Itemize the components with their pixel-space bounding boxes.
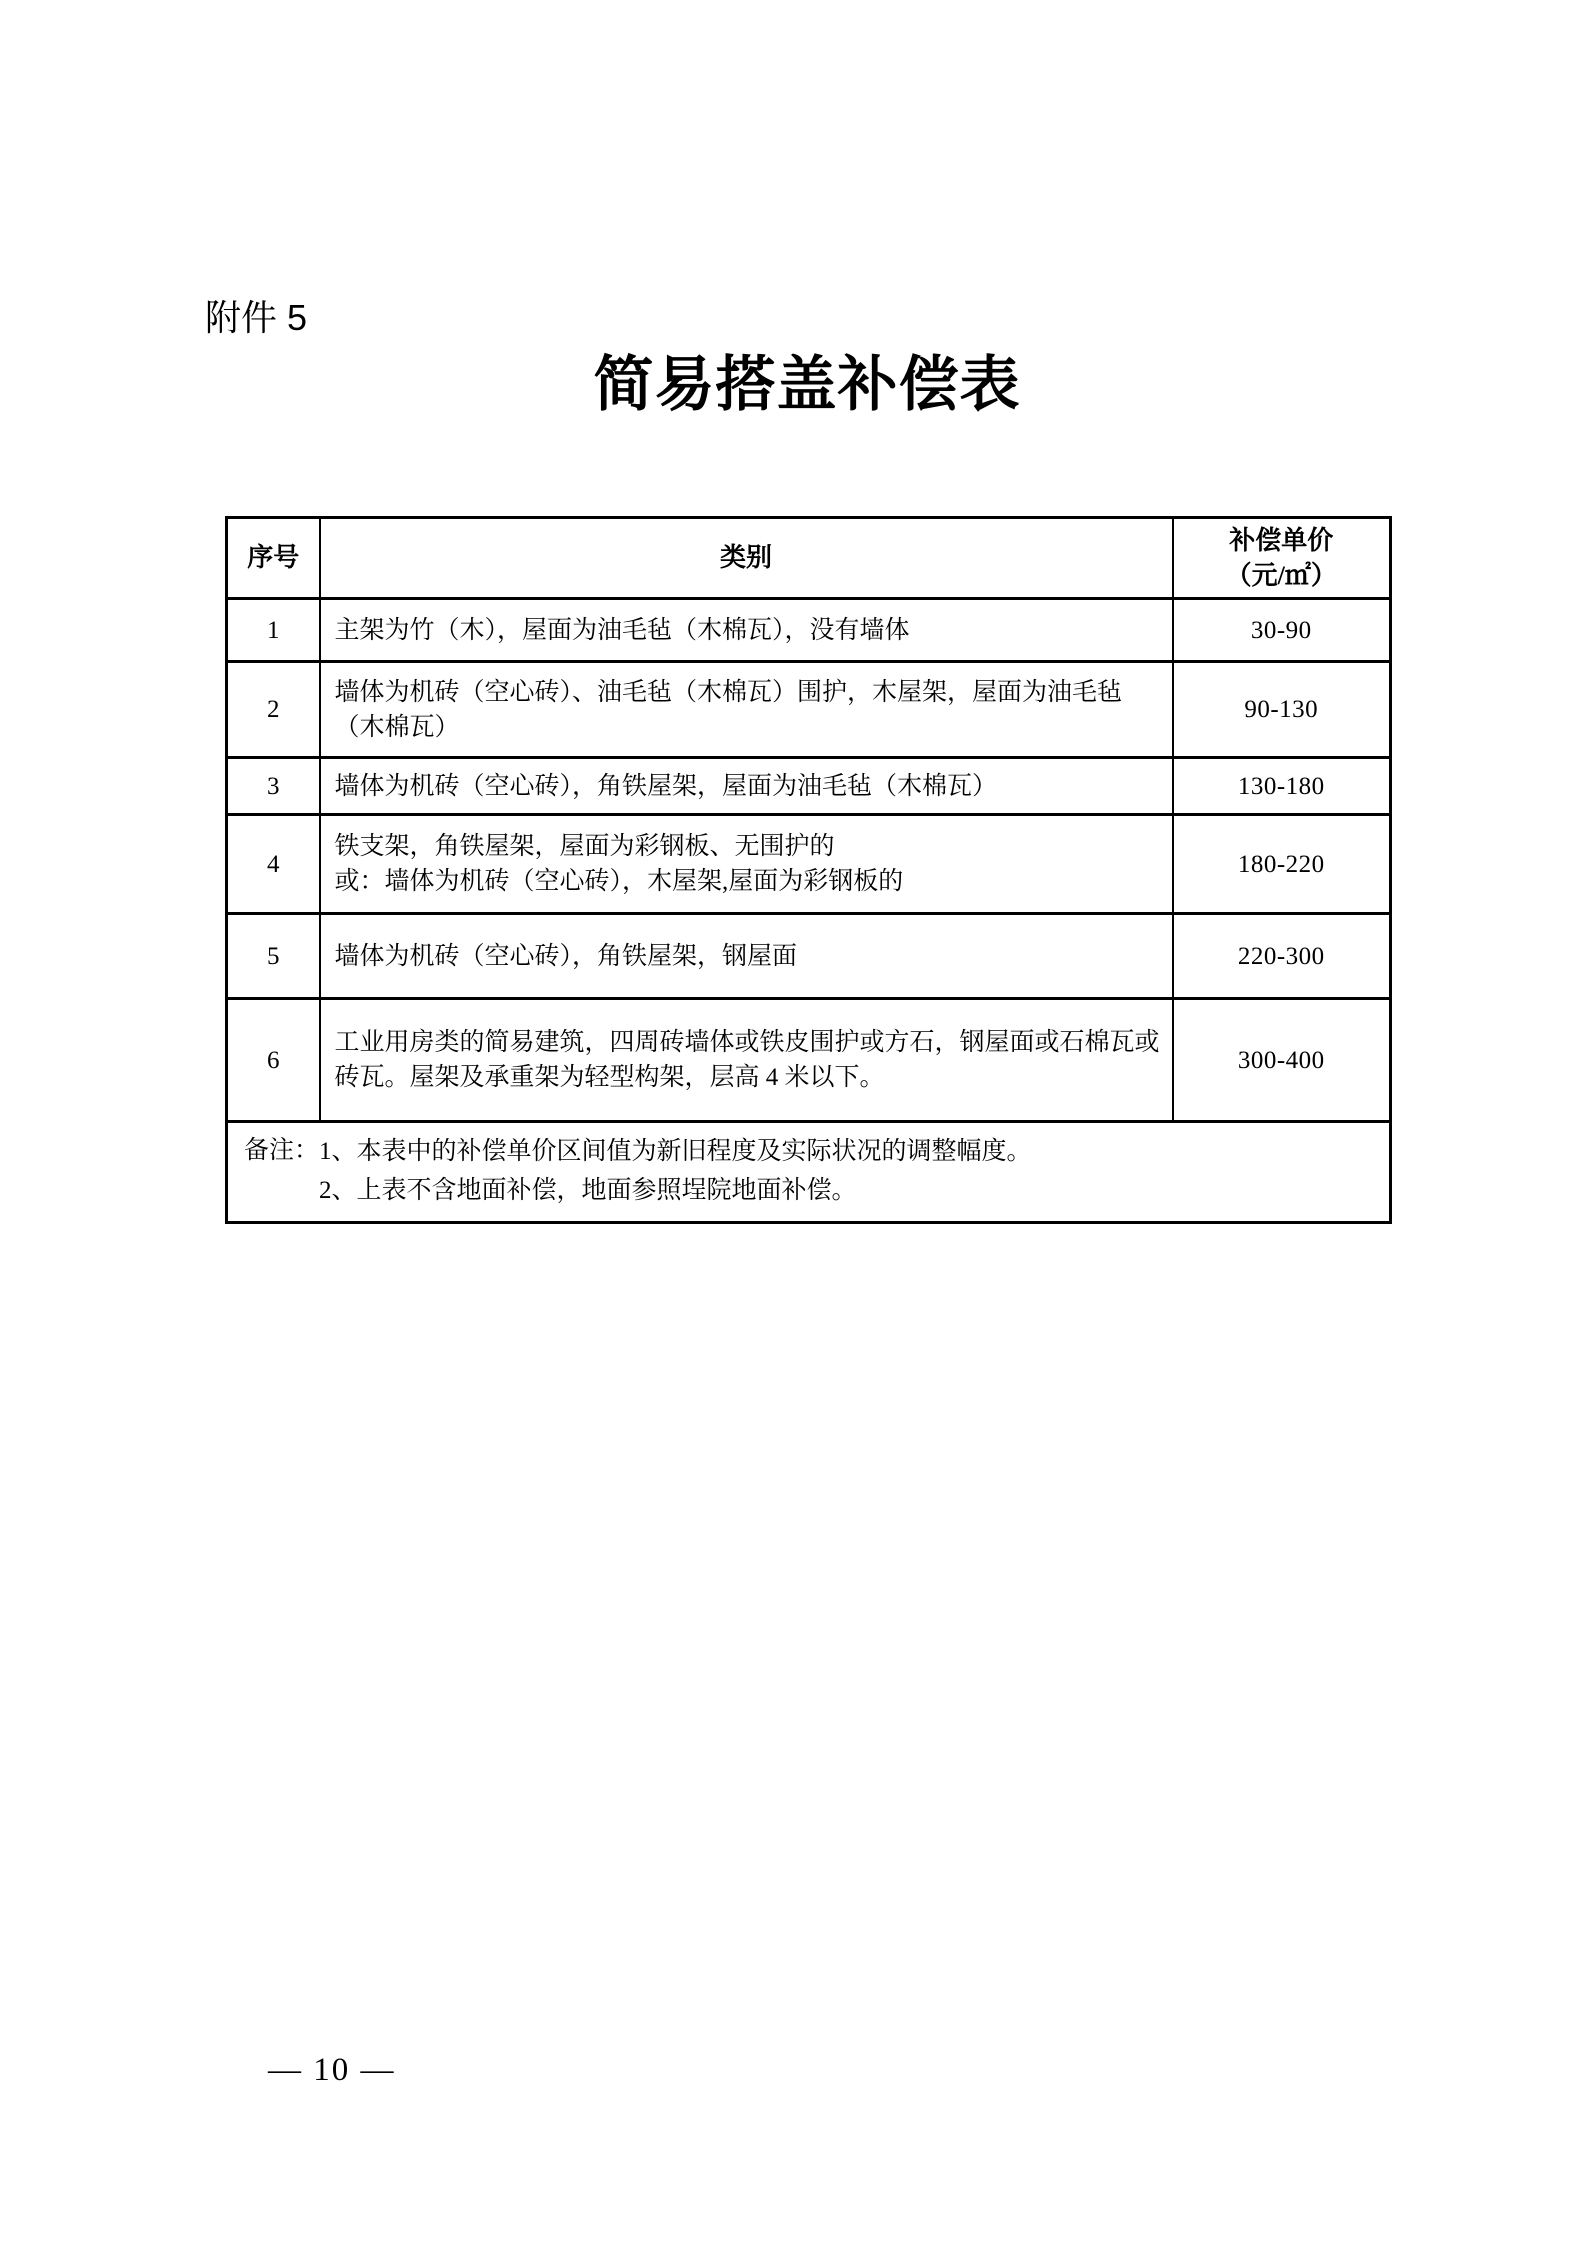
note-line: 1、本表中的补偿单价区间值为新旧程度及实际状况的调整幅度。 bbox=[319, 1133, 1377, 1172]
table-header-price: 补偿单价 （元/㎡） bbox=[1173, 518, 1391, 599]
table-row: 2 墙体为机砖（空心砖）、油毛毡（木棉瓦）围护，木屋架，屋面为油毛毡（木棉瓦） … bbox=[227, 662, 1391, 758]
row-index-cell: 6 bbox=[227, 999, 320, 1122]
table-header-row: 序号 类别 补偿单价 （元/㎡） bbox=[227, 518, 1391, 599]
notes-wrap: 备注： 1、本表中的补偿单价区间值为新旧程度及实际状况的调整幅度。 2、上表不含… bbox=[244, 1133, 1377, 1211]
notes-cell: 备注： 1、本表中的补偿单价区间值为新旧程度及实际状况的调整幅度。 2、上表不含… bbox=[227, 1122, 1391, 1223]
row-index-cell: 5 bbox=[227, 914, 320, 999]
document-title: 简易搭盖补偿表 bbox=[225, 352, 1389, 418]
notes-label: 备注： bbox=[244, 1133, 319, 1168]
table-notes-row: 备注： 1、本表中的补偿单价区间值为新旧程度及实际状况的调整幅度。 2、上表不含… bbox=[227, 1122, 1391, 1223]
row-price-cell: 300-400 bbox=[1173, 999, 1391, 1122]
row-price-cell: 30-90 bbox=[1173, 599, 1391, 662]
row-category-cell: 墙体为机砖（空心砖）、油毛毡（木棉瓦）围护，木屋架，屋面为油毛毡（木棉瓦） bbox=[320, 662, 1173, 758]
row-index-cell: 2 bbox=[227, 662, 320, 758]
row-index-cell: 1 bbox=[227, 599, 320, 662]
compensation-table: 序号 类别 补偿单价 （元/㎡） 1 主架为竹（木），屋面为油毛毡（木棉瓦），没… bbox=[225, 516, 1392, 1224]
row-price-cell: 180-220 bbox=[1173, 815, 1391, 914]
table-row: 5 墙体为机砖（空心砖），角铁屋架，钢屋面 220-300 bbox=[227, 914, 1391, 999]
attachment-label: 附件 5 bbox=[205, 296, 307, 339]
table-header-index: 序号 bbox=[227, 518, 320, 599]
row-category-cell: 墙体为机砖（空心砖），角铁屋架，钢屋面 bbox=[320, 914, 1173, 999]
table-row: 1 主架为竹（木），屋面为油毛毡（木棉瓦），没有墙体 30-90 bbox=[227, 599, 1391, 662]
row-category-cell: 墙体为机砖（空心砖），角铁屋架，屋面为油毛毡（木棉瓦） bbox=[320, 758, 1173, 815]
row-price-cell: 130-180 bbox=[1173, 758, 1391, 815]
table-row: 4 铁支架，角铁屋架，屋面为彩钢板、无围护的 或：墙体为机砖（空心砖），木屋架,… bbox=[227, 815, 1391, 914]
table-row: 3 墙体为机砖（空心砖），角铁屋架，屋面为油毛毡（木棉瓦） 130-180 bbox=[227, 758, 1391, 815]
notes-lines: 1、本表中的补偿单价区间值为新旧程度及实际状况的调整幅度。 2、上表不含地面补偿… bbox=[319, 1133, 1377, 1211]
note-line: 2、上表不含地面补偿，地面参照埕院地面补偿。 bbox=[319, 1172, 1377, 1211]
page-number: — 10 — bbox=[268, 2052, 396, 2089]
document-page: 附件 5 简易搭盖补偿表 序号 类别 补偿单价 （元/㎡） 1 主架为竹（木），… bbox=[0, 0, 1587, 2245]
row-price-cell: 220-300 bbox=[1173, 914, 1391, 999]
table-row: 6 工业用房类的简易建筑，四周砖墙体或铁皮围护或方石，钢屋面或石棉瓦或砖瓦。屋架… bbox=[227, 999, 1391, 1122]
row-category-cell: 铁支架，角铁屋架，屋面为彩钢板、无围护的 或：墙体为机砖（空心砖），木屋架,屋面… bbox=[320, 815, 1173, 914]
row-index-cell: 4 bbox=[227, 815, 320, 914]
row-price-cell: 90-130 bbox=[1173, 662, 1391, 758]
row-category-cell: 主架为竹（木），屋面为油毛毡（木棉瓦），没有墙体 bbox=[320, 599, 1173, 662]
table-header-category: 类别 bbox=[320, 518, 1173, 599]
row-category-cell: 工业用房类的简易建筑，四周砖墙体或铁皮围护或方石，钢屋面或石棉瓦或砖瓦。屋架及承… bbox=[320, 999, 1173, 1122]
row-index-cell: 3 bbox=[227, 758, 320, 815]
